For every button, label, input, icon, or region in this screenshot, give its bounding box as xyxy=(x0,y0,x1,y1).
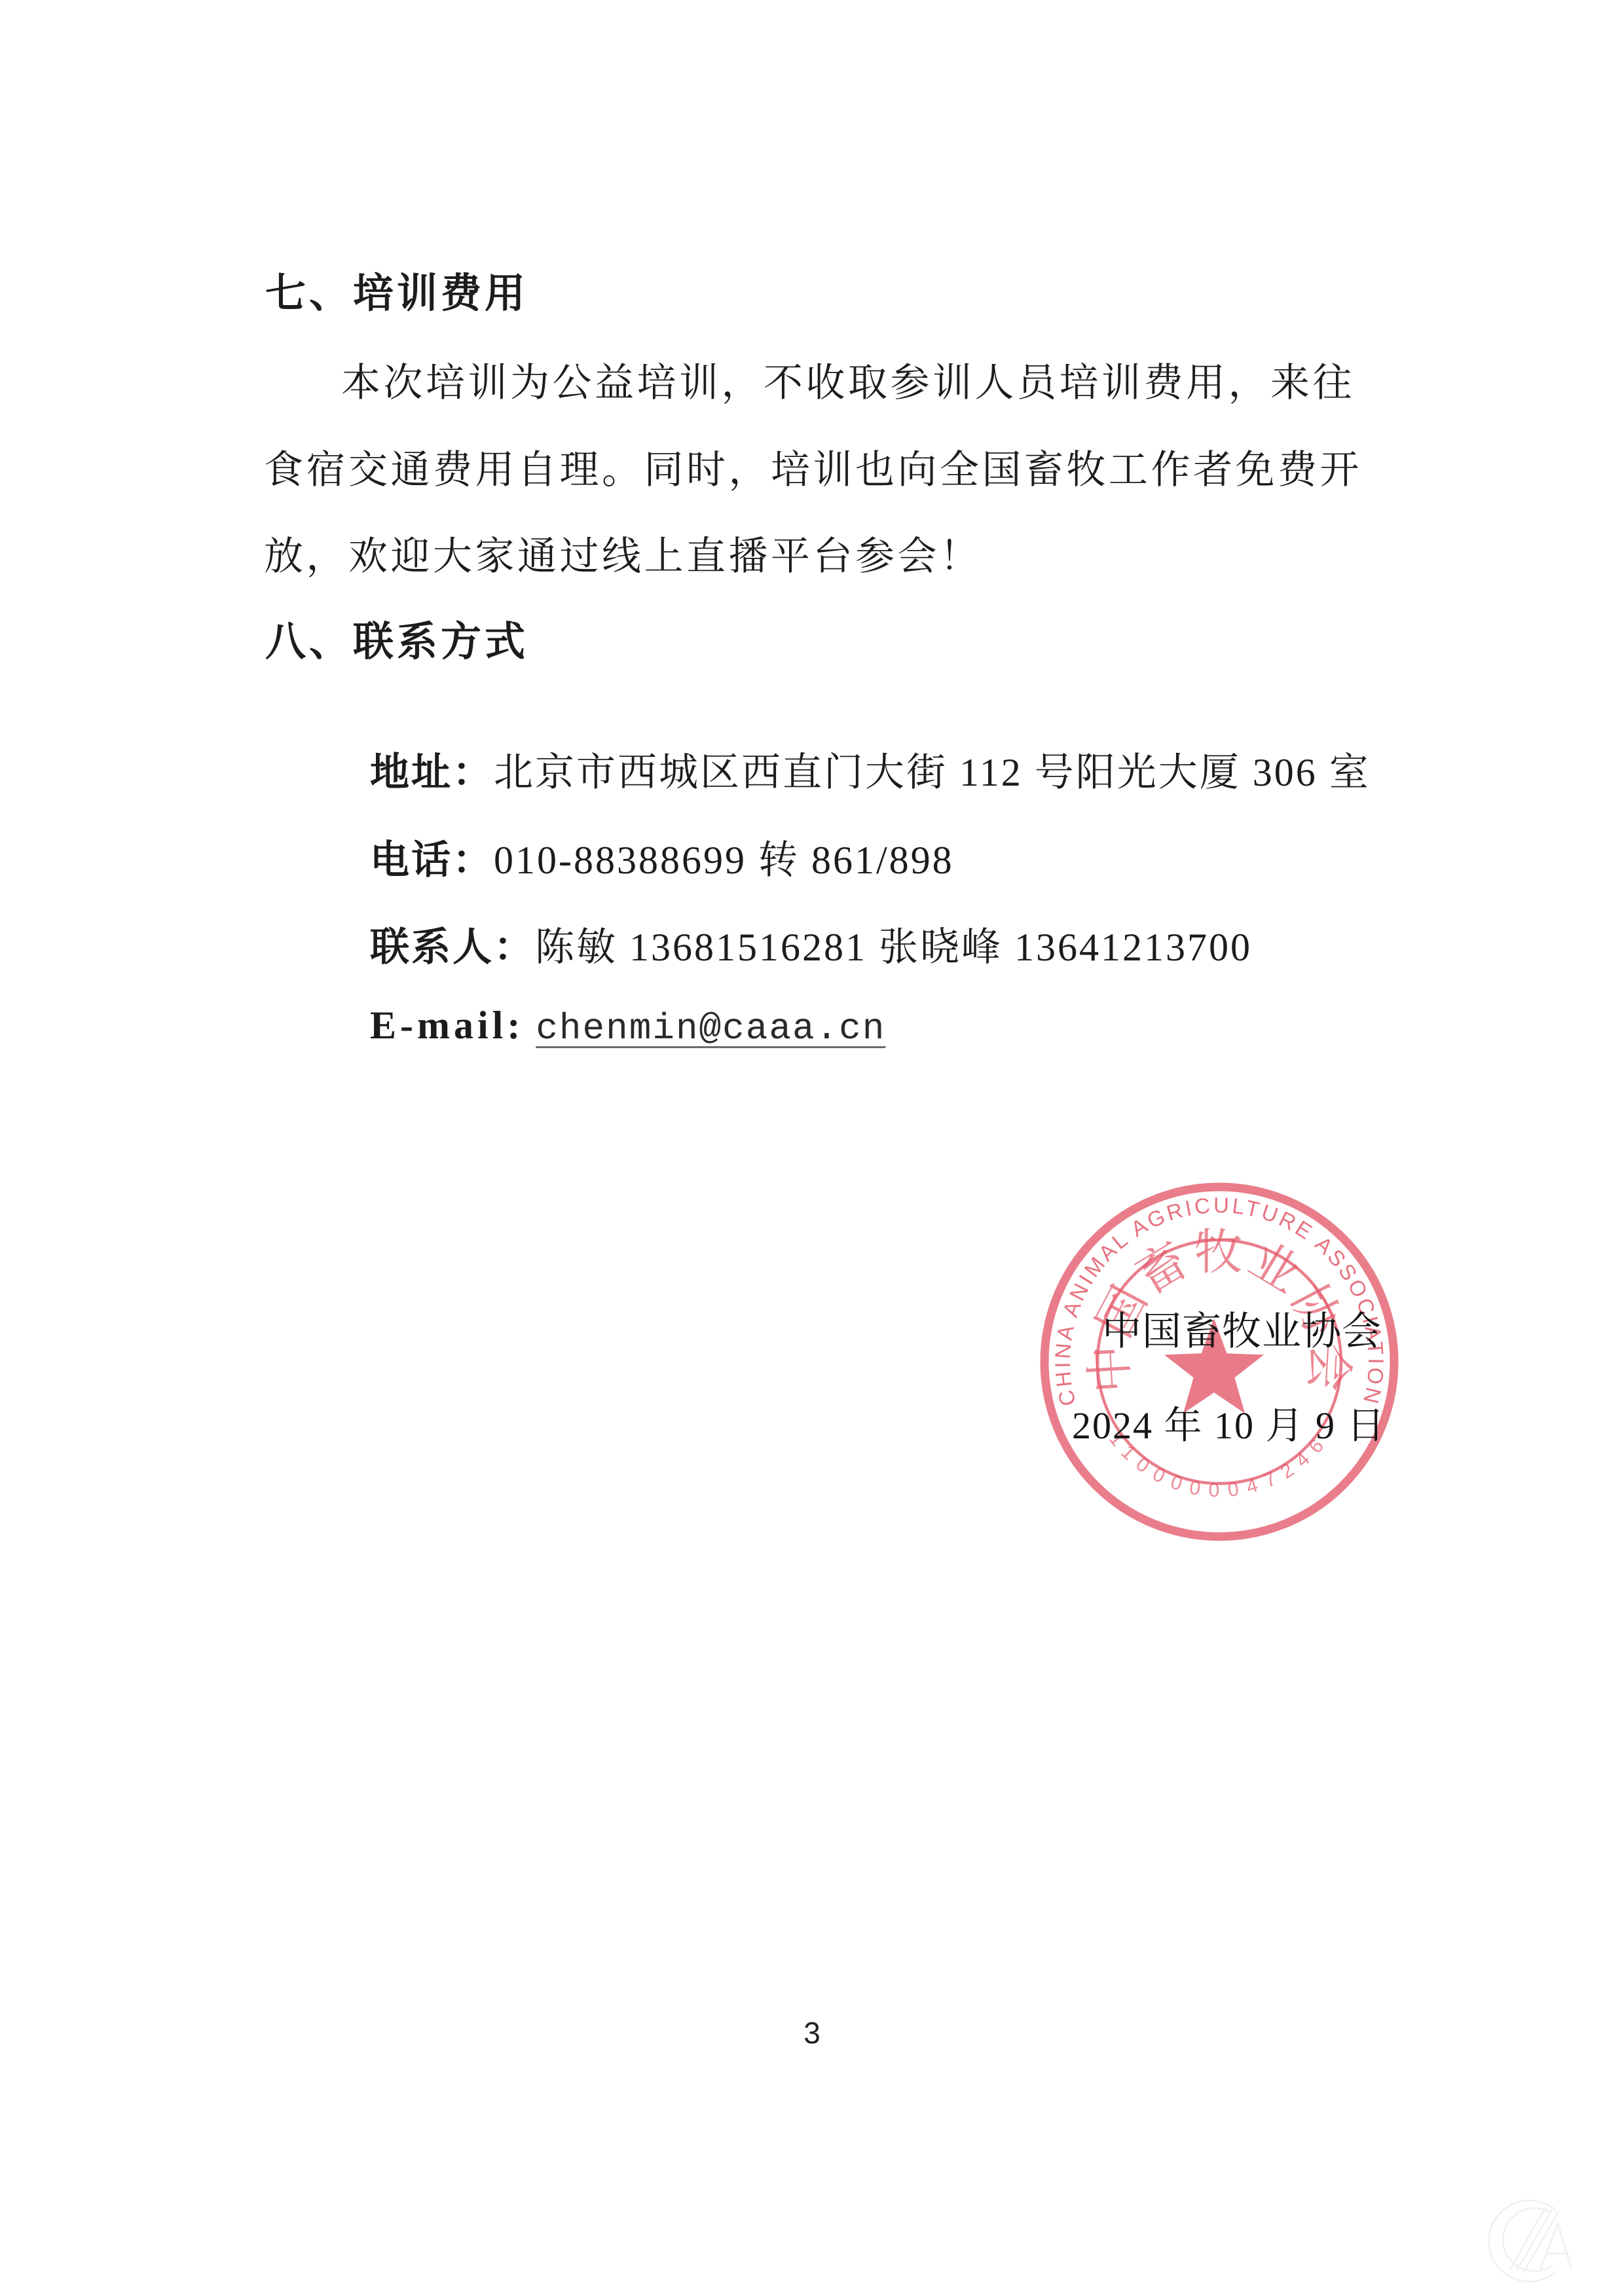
section-heading-training-fee: 七、培训费用 xyxy=(265,261,528,319)
signature-date: 2024 年 10 月 9 日 xyxy=(1072,1394,1386,1449)
paragraph-line: 食宿交通费用自理。同时，培训也向全国畜牧工作者免费开 xyxy=(264,439,1362,495)
signature-organization: 中国畜牧业协会 xyxy=(1102,1300,1382,1357)
logo-slash-1 xyxy=(1510,2208,1545,2269)
logo-slash-3 xyxy=(1523,2212,1559,2273)
section-heading-contact: 八、联系方式 xyxy=(265,609,528,667)
contact-row-email: E-mail: chenmin@caaa.cn xyxy=(323,958,885,1095)
paragraph-line: 本次培训为公益培训，不收取参训人员培训费用，来往 xyxy=(264,352,1355,408)
email-label: E-mail: xyxy=(370,1004,524,1047)
email-link[interactable]: chenmin@caaa.cn xyxy=(536,1008,885,1049)
logo-letter-a xyxy=(1540,2223,1572,2269)
page-number: 3 xyxy=(0,2015,1624,2050)
caaa-logo-icon xyxy=(1472,2185,1583,2296)
spacer xyxy=(524,1004,536,1047)
document-page: 七、培训费用 本次培训为公益培训，不收取参训人员培训费用，来往 食宿交通费用自理… xyxy=(0,0,1624,2296)
paragraph-line: 放，欢迎大家通过线上直播平台参会！ xyxy=(264,525,982,581)
organization-stamp: CHINA ANIMAL AGRICULTURE ASSOCIATION 中国畜… xyxy=(1023,1165,1416,1558)
logo-slash-2 xyxy=(1517,2210,1552,2271)
